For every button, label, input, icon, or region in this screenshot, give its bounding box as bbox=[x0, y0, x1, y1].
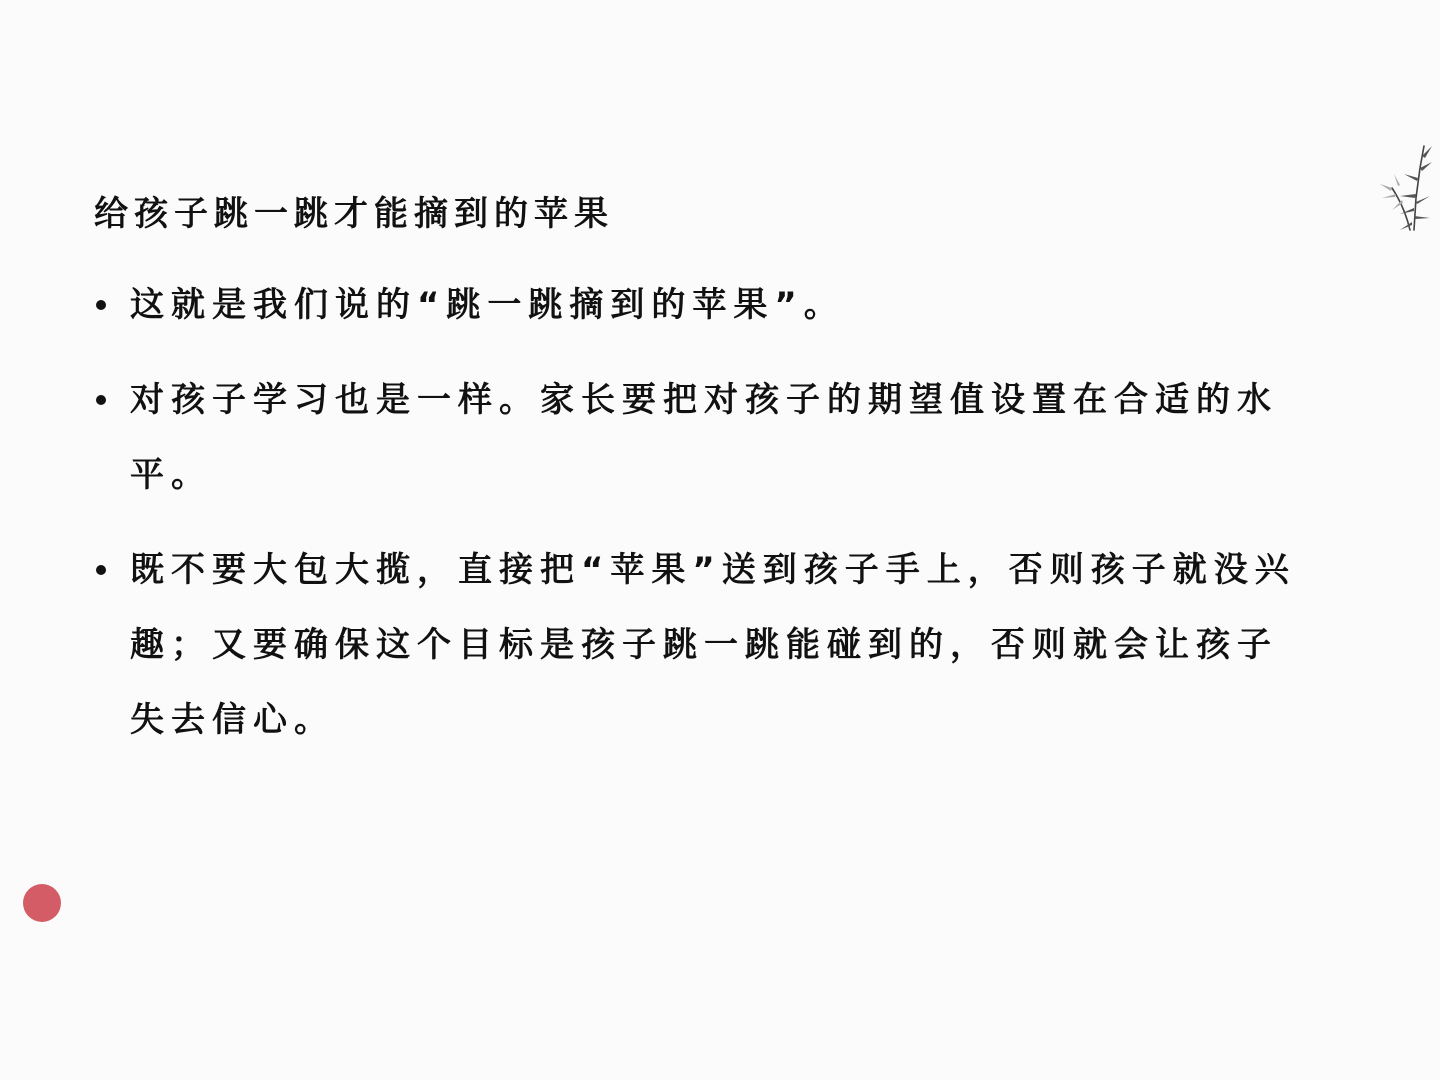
red-seal-dot-icon bbox=[23, 884, 61, 922]
slide-title: 给孩子跳一跳才能摘到的苹果 bbox=[94, 190, 614, 238]
bullet-item: 对孩子学习也是一样。家长要把对孩子的期望值设置在合适的水平。 bbox=[94, 363, 1314, 513]
bullet-text: 既不要大包大揽，直接把“苹果”送到孩子手上，否则孩子就没兴趣；又要确保这个目标是… bbox=[130, 533, 1310, 758]
bullet-dot-icon bbox=[96, 395, 106, 405]
bullet-text: 对孩子学习也是一样。家长要把对孩子的期望值设置在合适的水平。 bbox=[130, 363, 1310, 513]
bamboo-icon bbox=[1370, 138, 1440, 233]
bullet-text: 这就是我们说的“跳一跳摘到的苹果”。 bbox=[130, 268, 1310, 343]
bullet-dot-icon bbox=[96, 565, 106, 575]
bullet-list: 这就是我们说的“跳一跳摘到的苹果”。 对孩子学习也是一样。家长要把对孩子的期望值… bbox=[94, 268, 1314, 778]
slide: 给孩子跳一跳才能摘到的苹果 这就是我们说的“跳一跳摘到的苹果”。 对孩子学习也是… bbox=[0, 0, 1440, 1080]
bullet-item: 既不要大包大揽，直接把“苹果”送到孩子手上，否则孩子就没兴趣；又要确保这个目标是… bbox=[94, 533, 1314, 758]
bullet-item: 这就是我们说的“跳一跳摘到的苹果”。 bbox=[94, 268, 1314, 343]
bullet-dot-icon bbox=[96, 300, 106, 310]
